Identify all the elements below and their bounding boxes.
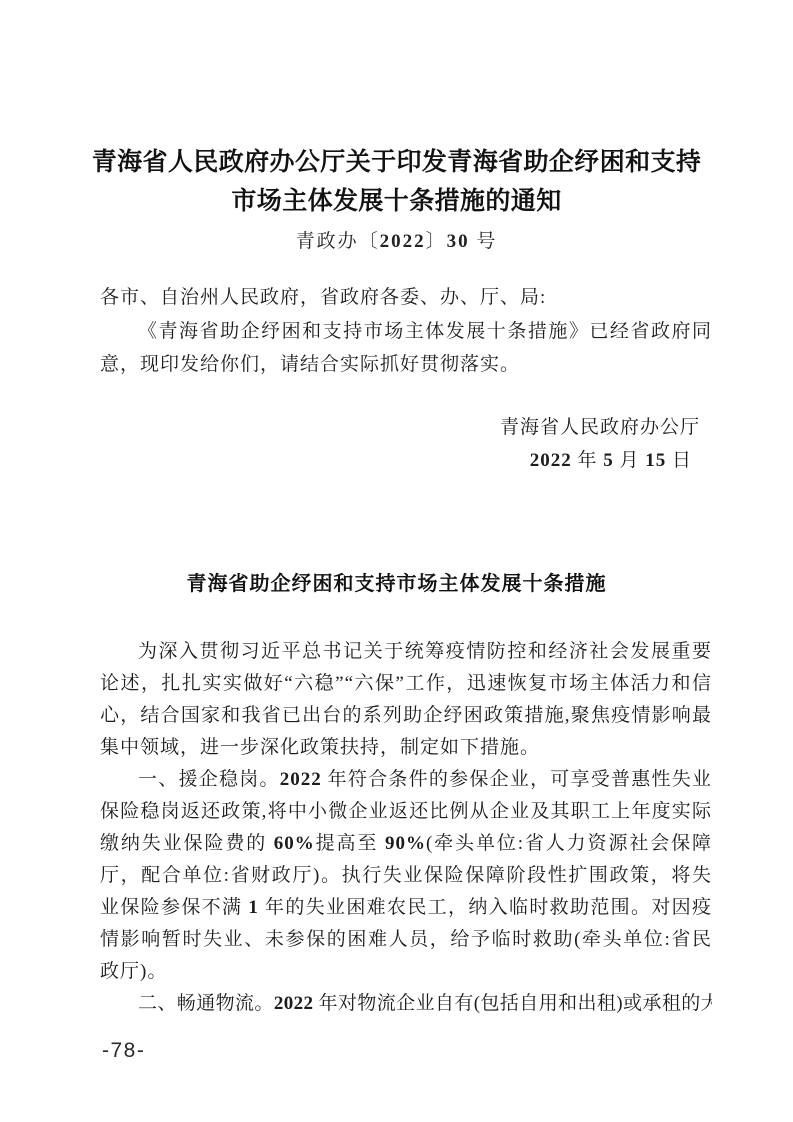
signature-block: 青海省人民政府办公厅 2022 年 5 月 15 日 xyxy=(100,411,712,477)
notice-body: 各市、自治州人民政府，省政府各委、办、厅、局: 《青海省助企纾困和支持市场主体发… xyxy=(100,281,712,382)
measures-paragraph-intro: 为深入贯彻习近平总书记关于统筹疫情防控和经济社会发展重要论述，扎扎实实做好“六稳… xyxy=(100,636,712,764)
salutation: 各市、自治州人民政府，省政府各委、办、厅、局: xyxy=(100,281,712,315)
notice-paragraph: 《青海省助企纾困和支持市场主体发展十条措施》已经省政府同意，现印发给你们，请结合… xyxy=(100,315,712,382)
measures-body: 为深入贯彻习近平总书记关于统筹疫情防控和经济社会发展重要论述，扎扎实实做好“六稳… xyxy=(100,636,712,1020)
document-number: 青政办〔2022〕30 号 xyxy=(0,226,793,253)
measures-paragraph-2-truncated: 二、畅通物流。2022 年对物流企业自有(包括自用和出租)或承租的大 xyxy=(100,988,712,1020)
document-title-line2: 市场主体发展十条措施的通知 xyxy=(40,182,753,221)
signature-date: 2022 年 5 月 15 日 xyxy=(100,444,712,477)
measures-paragraph-1: 一、援企稳岗。2022 年符合条件的参保企业，可享受普惠性失业保险稳岗返还政策,… xyxy=(100,764,712,988)
document-title-line1: 青海省人民政府办公厅关于印发青海省助企纾困和支持 xyxy=(40,143,753,182)
document-title: 青海省人民政府办公厅关于印发青海省助企纾困和支持 市场主体发展十条措施的通知 xyxy=(40,143,753,221)
page-number: -78- xyxy=(102,1039,145,1063)
measures-title: 青海省助企纾困和支持市场主体发展十条措施 xyxy=(0,567,793,596)
signature-issuer: 青海省人民政府办公厅 xyxy=(100,411,712,444)
